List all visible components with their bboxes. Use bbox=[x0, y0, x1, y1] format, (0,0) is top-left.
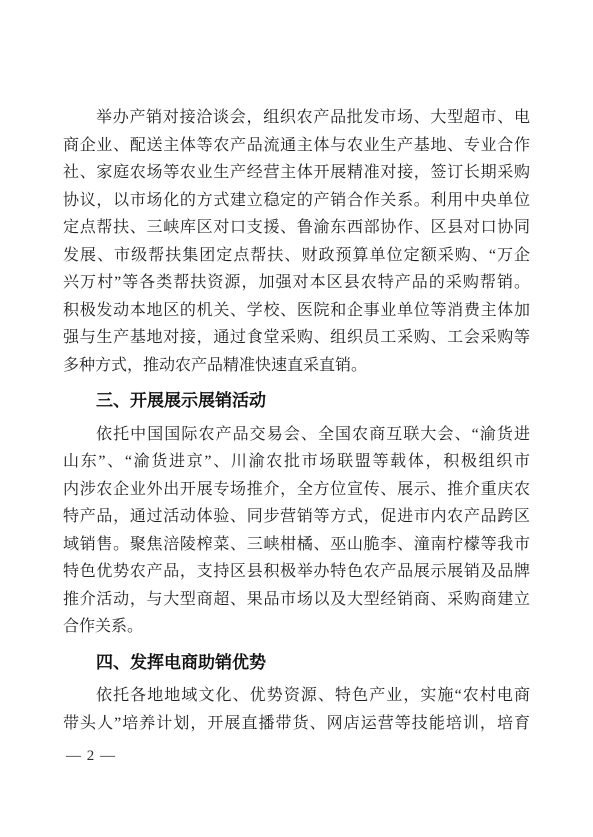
body-text-line: 域销售。聚焦涪陵榨菜、三峡柑橘、巫山脆李、潼南柠檬等我市 bbox=[63, 531, 530, 559]
body-text-line: 内涉农企业外出开展专场推介，全方位宣传、展示、推介重庆农 bbox=[63, 476, 530, 504]
body-text-line: 推介活动，与大型商超、果品市场以及大型经销商、采购商建立 bbox=[63, 586, 530, 614]
body-text-line: 特产品，通过活动体验、同步营销等方式，促进市内农产品跨区 bbox=[63, 503, 530, 531]
body-text-line: 山东”、“渝货进京”、川渝农批市场联盟等载体，积极组织市 bbox=[63, 448, 530, 476]
body-text-line: 带头人”培养计划，开展直播带货、网店运营等技能培训，培育 bbox=[63, 710, 530, 738]
body-text-line: 举办产销对接洽谈会，组织农产品批发市场、大型超市、电 bbox=[63, 104, 530, 132]
body-text-line: 多种方式，推动农产品精准快速直采直销。 bbox=[63, 352, 530, 380]
body-text-line: 发展、市级帮扶集团定点帮扶、财政预算单位定额采购、“万企 bbox=[63, 242, 530, 270]
paragraph: 举办产销对接洽谈会，组织农产品批发市场、大型超市、电 商企业、配送主体等农产品流… bbox=[63, 104, 530, 379]
document-body: 举办产销对接洽谈会，组织农产品批发市场、大型超市、电 商企业、配送主体等农产品流… bbox=[63, 104, 530, 737]
body-text-line: 强与生产基地对接，通过食堂采购、组织员工采购、工会采购等 bbox=[63, 324, 530, 352]
section-heading-3: 三、开展展示展销活动 bbox=[63, 387, 530, 415]
body-text-line: 依托中国国际农产品交易会、全国农商互联大会、“渝货进 bbox=[63, 421, 530, 449]
body-text-line: 特色优势农产品，支持区县积极举办特色农产品展示展销及品牌 bbox=[63, 558, 530, 586]
body-text-line: 合作关系。 bbox=[63, 613, 530, 641]
body-text-line: 兴万村”等各类帮扶资源，加强对本区县农特产品的采购帮销。 bbox=[63, 269, 530, 297]
page-number: — 2 — bbox=[66, 746, 116, 766]
body-text-line: 定点帮扶、三峡库区对口支援、鲁渝东西部协作、区县对口协同 bbox=[63, 214, 530, 242]
document-page: 举办产销对接洽谈会，组织农产品批发市场、大型超市、电 商企业、配送主体等农产品流… bbox=[0, 0, 593, 837]
paragraph: 依托中国国际农产品交易会、全国农商互联大会、“渝货进 山东”、“渝货进京”、川渝… bbox=[63, 421, 530, 641]
body-text-line: 积极发动本地区的机关、学校、医院和企事业单位等消费主体加 bbox=[63, 297, 530, 325]
body-text-line: 社、家庭农场等农业生产经营主体开展精准对接，签订长期采购 bbox=[63, 159, 530, 187]
section-heading-4: 四、发挥电商助销优势 bbox=[63, 649, 530, 677]
paragraph: 依托各地地域文化、优势资源、特色产业，实施“农村电商 带头人”培养计划，开展直播… bbox=[63, 682, 530, 737]
body-text-line: 协议，以市场化的方式建立稳定的产销合作关系。利用中央单位 bbox=[63, 187, 530, 215]
body-text-line: 商企业、配送主体等农产品流通主体与农业生产基地、专业合作 bbox=[63, 132, 530, 160]
body-text-line: 依托各地地域文化、优势资源、特色产业，实施“农村电商 bbox=[63, 682, 530, 710]
